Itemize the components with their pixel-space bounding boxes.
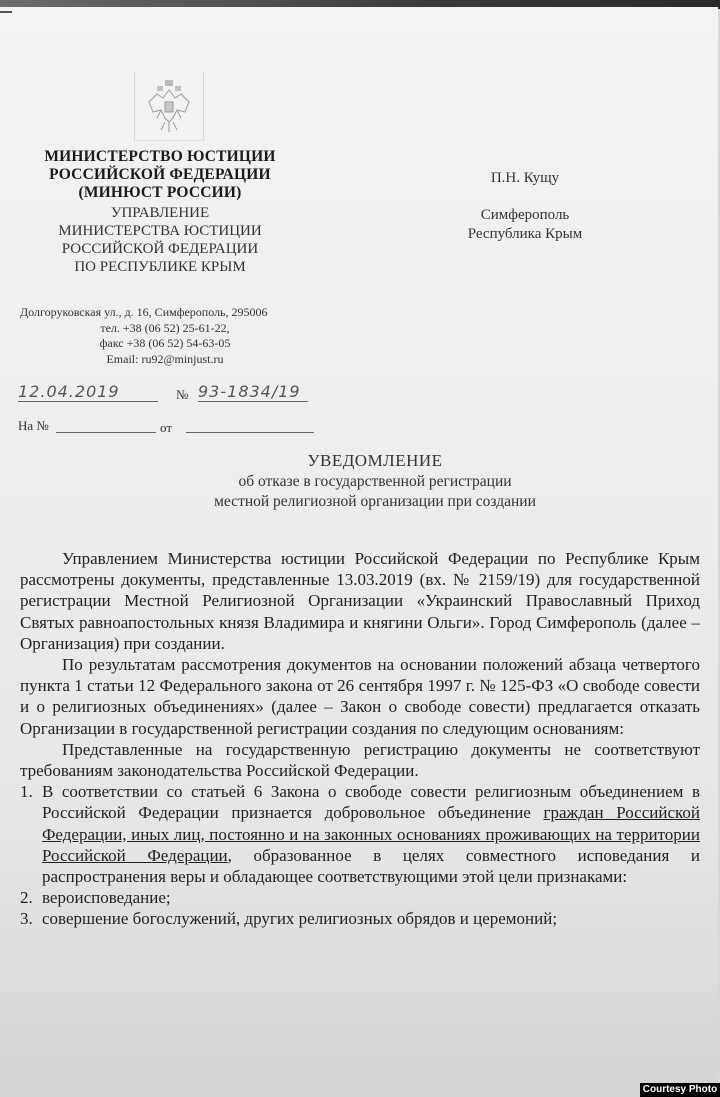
ministry-abbrev: (МИНЮСТ РОССИИ) <box>30 184 290 202</box>
title-subtitle: об отказе в государственной регистрации <box>150 472 600 492</box>
reference-label: На № <box>18 418 49 434</box>
coat-of-arms-icon <box>134 72 204 141</box>
sender-organization: МИНИСТЕРСТВО ЮСТИЦИИ РОССИЙСКОЙ ФЕДЕРАЦИ… <box>30 148 290 276</box>
document-title: УВЕДОМЛЕНИЕ об отказе в государственной … <box>150 450 600 512</box>
list-number: 3. <box>20 908 33 929</box>
recipient-region: Республика Крым <box>440 225 610 244</box>
title-main: УВЕДОМЛЕНИЕ <box>150 450 600 472</box>
email: Email: ru92@minjust.ru <box>20 352 310 368</box>
department-line: УПРАВЛЕНИЕ <box>30 204 290 222</box>
paragraph: Управлением Министерства юстиции Российс… <box>20 548 700 654</box>
list-number: 1. <box>20 781 33 802</box>
registration-date: 12.04.2019 <box>18 382 158 402</box>
ministry-name-line: МИНИСТЕРСТВО ЮСТИЦИИ <box>30 148 290 166</box>
reference-date-blank <box>186 432 314 433</box>
list-item: 1.В соответствии со статьей 6 Закона о с… <box>20 781 700 887</box>
department-line: ПО РЕСПУБЛИКЕ КРЫМ <box>30 258 290 276</box>
list-text: совершение богослужений, других религиоз… <box>42 909 557 928</box>
registration-number: 93-1834/19 <box>198 382 308 402</box>
grounds-list: 1.В соответствии со статьей 6 Закона о с… <box>20 781 700 929</box>
department-line: МИНИСТЕРСТВА ЮСТИЦИИ <box>30 222 290 240</box>
list-number: 2. <box>20 887 33 908</box>
double-headed-eagle-icon <box>135 72 203 140</box>
registration-line: 12.04.2019 № 93-1834/19 <box>18 382 318 406</box>
department-line: РОССИЙСКОЙ ФЕДЕРАЦИИ <box>30 240 290 258</box>
recipient-city: Симферополь <box>440 206 610 225</box>
document-body: Управлением Министерства юстиции Российс… <box>20 548 700 930</box>
number-label: № <box>176 387 188 403</box>
reference-from-label: от <box>160 420 172 436</box>
recipient-name: П.Н. Кущу <box>440 168 610 188</box>
fax: факс +38 (06 52) 54-63-05 <box>20 336 310 352</box>
list-item: 2.вероисповедание; <box>20 887 700 908</box>
reference-line: На № от <box>18 414 318 436</box>
photo-credit-badge: Courtesy Photo <box>640 1083 720 1097</box>
title-subtitle: местной религиозной организации при созд… <box>150 492 600 512</box>
phone: тел. +38 (06 52) 25-61-22, <box>20 321 310 337</box>
paragraph: По результатам рассмотрения документов н… <box>20 654 700 739</box>
sender-address: Долгоруковская ул., д. 16, Симферополь, … <box>20 305 310 367</box>
street-address: Долгоруковская ул., д. 16, Симферополь, … <box>20 305 310 321</box>
list-item: 3.совершение богослужений, других религи… <box>20 908 700 929</box>
paper-mark <box>0 11 12 13</box>
reference-number-blank <box>56 432 156 433</box>
paragraph: Представленные на государственную регист… <box>20 739 700 781</box>
ministry-name-line: РОССИЙСКОЙ ФЕДЕРАЦИИ <box>30 166 290 184</box>
recipient-block: П.Н. Кущу Симферополь Республика Крым <box>440 168 610 244</box>
list-text: вероисповедание; <box>42 888 171 907</box>
